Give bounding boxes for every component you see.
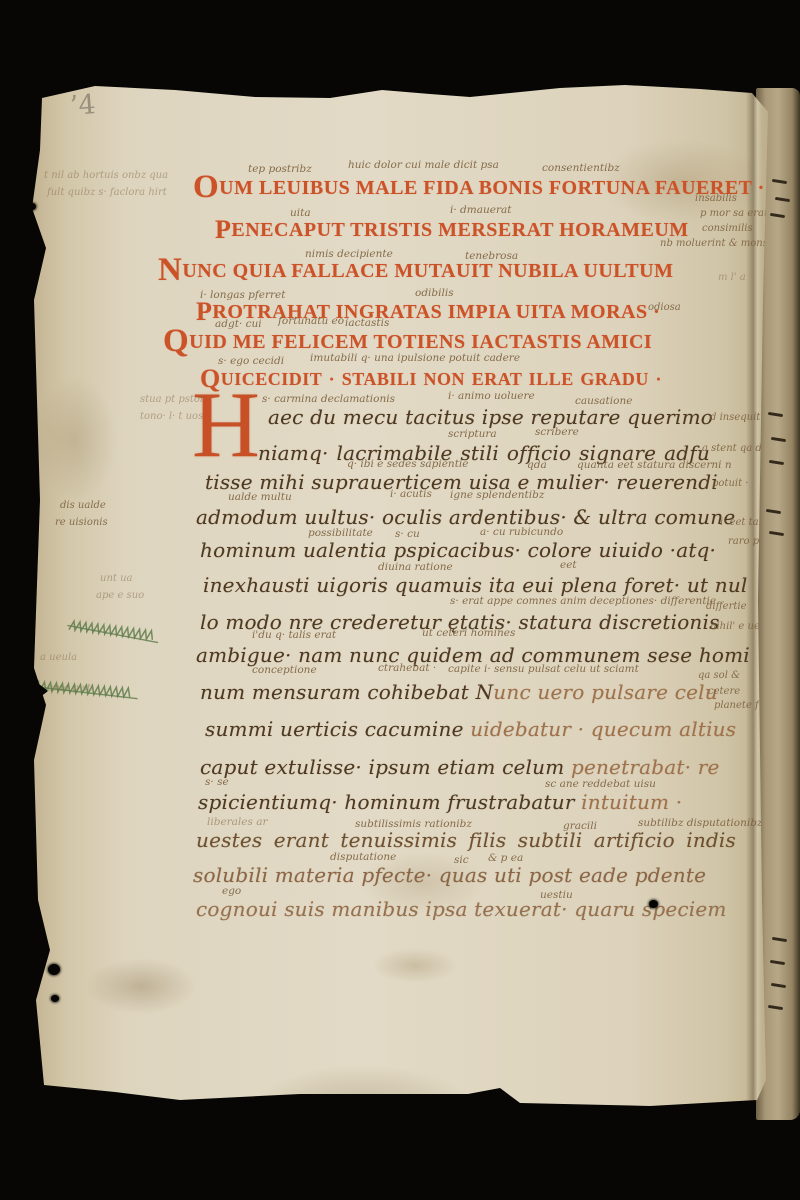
rubric-line-5: QUID ME FELICEM TOTIENS IACTASTIS AMICI: [163, 330, 650, 354]
prose-text-faded: uidebatur · quecum altius: [470, 717, 736, 741]
rubric-line-3: NUNC QUIA FALLACE MUTAUIT NUBILA UULTUM: [158, 259, 642, 283]
interlinear-gloss: ut ceteri homines: [422, 627, 515, 639]
prose-text: summi uerticis cacumine: [205, 717, 470, 741]
parchment-page: ’4 tep postribz huic dolor cui male dici…: [30, 78, 770, 1110]
margin-note-left: unt ua: [100, 573, 132, 584]
prose-text: uestes erant tenuissimis filis subtili a…: [196, 828, 736, 852]
interlinear-gloss: odibilis: [415, 287, 454, 299]
rubric-initial: P: [215, 220, 231, 240]
margin-note-right: consimilis: [702, 223, 753, 234]
margin-note-left: dis ualde: [60, 500, 106, 511]
prose-text: num mensuram cohibebat N: [200, 680, 493, 704]
margin-note-right: m l' a: [718, 272, 746, 283]
interlinear-gloss: huic dolor cui male dicit psa: [348, 159, 499, 171]
interlinear-gloss: iactastis: [345, 317, 389, 329]
interlinear-gloss: ualde multu: [228, 491, 292, 503]
interlinear-gloss: conceptione: [252, 664, 317, 676]
margin-note-right: qa sol &: [698, 670, 740, 681]
interlinear-gloss: tep postribz: [248, 163, 312, 175]
interlinear-gloss: s· carmina declamationis: [262, 393, 395, 405]
folio-number: ’4: [69, 89, 97, 122]
prose-line-14: solubili materia pfecte· quas uti post e…: [193, 863, 655, 887]
interlinear-gloss: adgt· cui: [215, 318, 262, 330]
margin-note-left: fult quibz s· faclora hirt: [47, 187, 167, 198]
interlinear-gloss: i· dmauerat: [450, 204, 511, 216]
prose-text: spicientiumq· hominum frustrabatur: [198, 790, 581, 814]
prose-text: aec du mecu tacitus ipse reputare querim…: [268, 405, 713, 429]
interlinear-gloss: diuina ratione: [378, 561, 453, 573]
prose-line-11: caput extulisse· ipsum etiam celum penet…: [200, 755, 650, 779]
interlinear-gloss: ego: [222, 885, 241, 897]
interlinear-gloss: ctrahebat ·: [378, 662, 436, 674]
margin-note-left: stua pt pstoi: [140, 394, 203, 405]
margin-note-right: planete fr: [714, 700, 764, 711]
margin-note-right: differtie: [706, 601, 747, 612]
rubric-initial: P: [196, 302, 212, 322]
prose-text-faded: penetrabat· re: [571, 755, 720, 779]
green-stitch-repair: [65, 618, 161, 650]
interlinear-gloss: s· ego cecidi: [218, 355, 284, 367]
rubric-initial: N: [158, 260, 182, 280]
margin-note-right: i· eet tali: [720, 517, 765, 528]
margin-note-right: insabilis: [695, 193, 737, 204]
rubric-text: ENECAPUT TRISTIS MERSERAT HORAMEUM: [231, 219, 688, 241]
margin-note-right: potuit ·: [712, 478, 748, 489]
margin-note-right: p mor sa erat: [700, 208, 768, 219]
photograph-of-manuscript: { "colors":{ "background":"#070605","par…: [0, 0, 800, 1200]
prose-line-12: spicientiumq· hominum frustrabatur intui…: [198, 790, 660, 814]
rubric-text: UID ME FELICEM TOTIENS IACTASTIS AMICI: [189, 331, 652, 353]
interlinear-gloss: s· erat appe comnes anim deceptiones· di…: [450, 595, 716, 607]
prose-text: inexhausti uigoris quamuis ita eui plena…: [203, 573, 748, 597]
prose-text: solubili materia pfecte· quas uti post e…: [193, 863, 706, 887]
parchment-hole: [29, 203, 36, 210]
prose-text: cognoui suis manibus ipsa texuerat· quar…: [196, 897, 727, 921]
interlinear-gloss: igne splendentibz: [450, 489, 544, 501]
prose-line-10: summi uerticis cacumine uidebatur · quec…: [205, 717, 645, 741]
margin-note-left: ape e suo: [96, 590, 144, 601]
margin-note-left: tono· l· t uos: [140, 411, 203, 422]
interlinear-gloss: sc ane reddebat uisu: [545, 778, 656, 790]
rubric-text: UICECIDIT · STABILI NON ERAT ILLE GRADU …: [221, 369, 662, 389]
prose-text-faded: unc uero pulsare celu: [493, 680, 718, 704]
prose-line-13: uestes erant tenuissimis filis subtili a…: [196, 828, 736, 852]
parchment-hole: [48, 964, 60, 975]
margin-note-right: cetere: [708, 686, 740, 697]
rubric-line-6: QUICECIDIT · STABILI NON ERAT ILLE GRADU…: [200, 367, 662, 391]
interlinear-gloss: consentientibz: [542, 162, 620, 174]
interlinear-gloss: scriptura: [448, 428, 497, 440]
margin-note-right: odiosa: [648, 302, 681, 313]
margin-note-left: a ueula: [40, 652, 77, 663]
interlinear-gloss: liberales ar: [207, 816, 268, 828]
interlinear-gloss: i'du q· talis erat: [252, 629, 336, 641]
parchment-hole: [649, 900, 658, 908]
prose-line-4: admodum uultus· oculis ardentibus· & ult…: [196, 505, 706, 529]
prose-line-1: aec du mecu tacitus ipse reputare querim…: [268, 405, 713, 429]
prose-line-6: inexhausti uigoris quamuis ita eui plena…: [203, 573, 708, 597]
rubric-line-1: OUM LEUIBUS MALE FIDA BONIS FORTUNA FAUE…: [193, 176, 689, 200]
interlinear-gloss: scribere: [535, 426, 579, 438]
prose-text-faded: intuitum ·: [581, 790, 682, 814]
rubric-line-2: PENECAPUT TRISTIS MERSERAT HORAMEUM: [215, 218, 649, 242]
prose-text: admodum uultus· oculis ardentibus· & ult…: [196, 505, 735, 529]
rubric-text: UNC QUIA FALLACE MUTAUIT NUBILA UULTUM: [182, 260, 673, 282]
margin-note-right: nihil' e ue: [710, 621, 760, 632]
interlinear-gloss: a· cu rubicundo: [480, 526, 563, 538]
interlinear-gloss: q· ibi e sedes sapientie: [347, 458, 468, 470]
rubric-line-4: PROTRAHAT INGRATAS IMPIA UITA MORAS ·: [196, 300, 643, 324]
prose-line-5: hominum ualentia pspicacibus· colore uiu…: [200, 538, 705, 562]
interlinear-gloss: disputatione: [330, 851, 396, 863]
interlinear-gloss: imutabili q· una ipulsione potuit cadere: [310, 352, 520, 364]
rubric-initial: O: [193, 177, 219, 197]
interlinear-gloss: i· animo uoluere: [448, 390, 535, 402]
interlinear-gloss: fortunatu eo: [278, 315, 344, 327]
interlinear-gloss: i· acutis: [390, 488, 432, 500]
parchment-edge-notch: [26, 674, 48, 708]
interlinear-gloss: eet: [560, 559, 577, 571]
prose-text: hominum ualentia pspicacibus· colore uiu…: [200, 538, 716, 562]
margin-note-left: re uisionis: [55, 517, 108, 528]
prose-line-9: num mensuram cohibebat Nunc uero pulsare…: [200, 680, 704, 704]
margin-note-left: t nil ab hortuis onbz qua: [44, 170, 168, 181]
parchment-hole: [51, 995, 59, 1002]
prose-text: caput extulisse· ipsum etiam celum: [200, 755, 571, 779]
interlinear-gloss: s· se: [205, 776, 229, 788]
rubric-initial: Q: [163, 331, 189, 351]
prose-line-15: cognoui suis manibus ipsa texuerat· quar…: [196, 897, 648, 921]
interlinear-gloss: capite i· sensu pulsat celu ut sciamt: [448, 663, 639, 675]
rubric-text: UM LEUIBUS MALE FIDA BONIS FORTUNA FAUER…: [219, 177, 765, 199]
